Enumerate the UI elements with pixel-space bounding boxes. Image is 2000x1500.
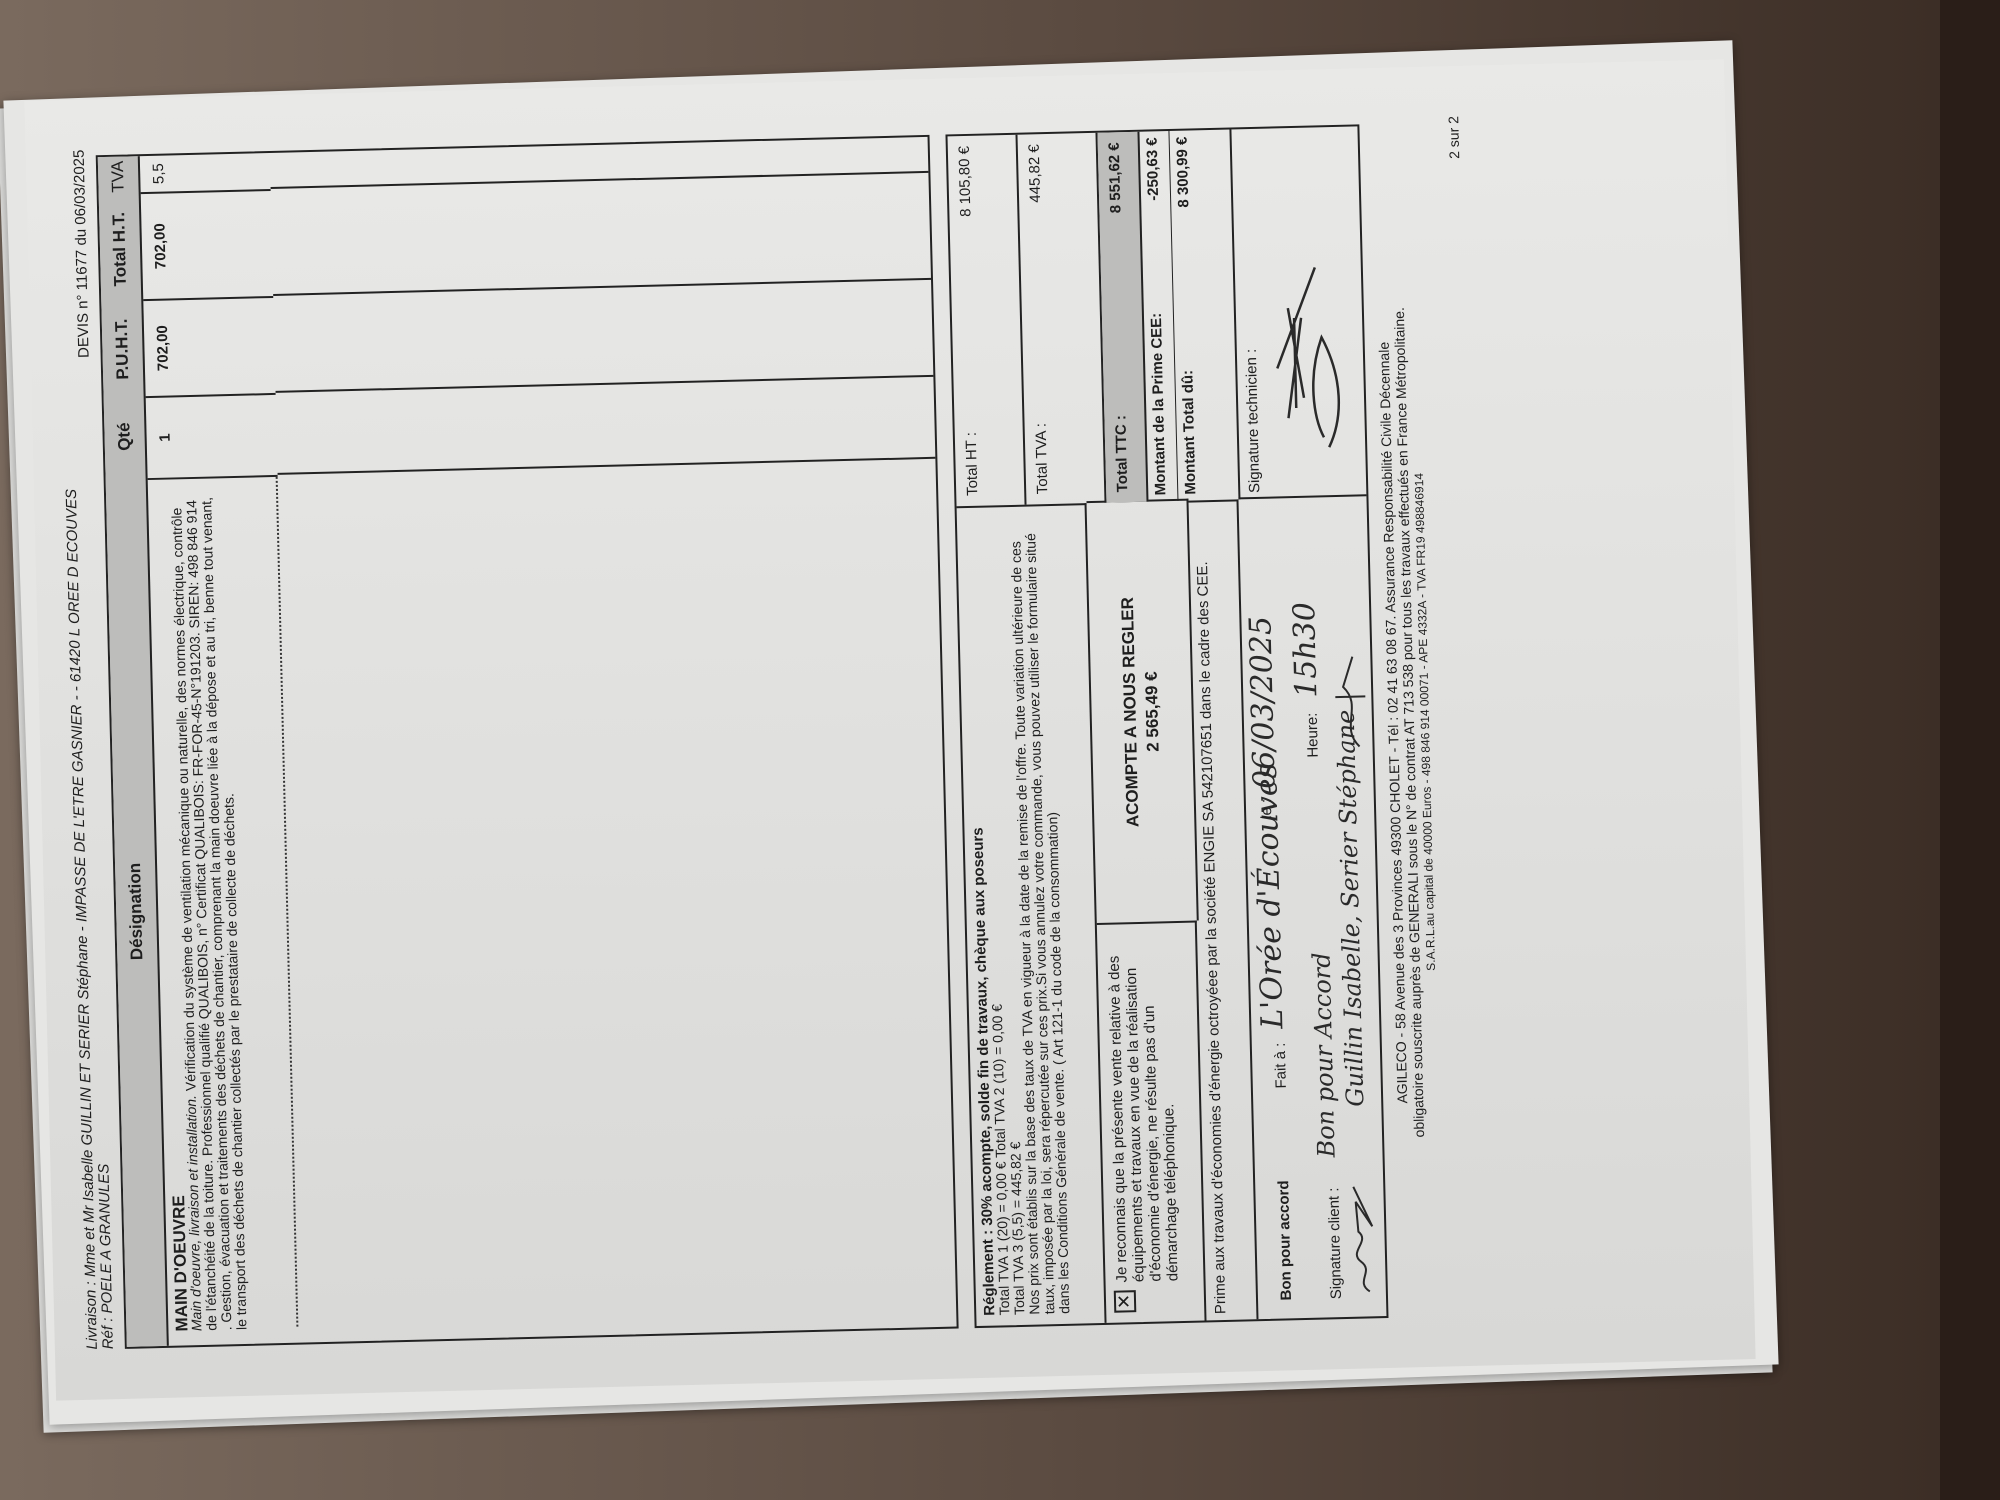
- column-rules: [270, 137, 957, 1343]
- total-ht-label: Total HT :: [963, 431, 1017, 496]
- total-due-value: 8 300,99 €: [1174, 136, 1198, 207]
- fait-a-label: Fait à :: [1272, 1042, 1290, 1088]
- client-agreement: Bon pour accord Fait à : L'Orée d'Écouve…: [1238, 494, 1386, 1319]
- total-due-label: Montant Total dû:: [1179, 370, 1204, 495]
- total-tva-label: Total TVA :: [1033, 422, 1097, 495]
- devis-label: DEVIS n° 11677 du 06/03/2025: [72, 149, 93, 358]
- technician-signature-scribble: [1265, 257, 1350, 459]
- client-signature-label: Signature client :: [1325, 1187, 1345, 1299]
- quote-page: Livraison : Mme et Mr Isabelle GUILLIN E…: [24, 59, 1755, 1400]
- summary-block: Réglement : 30% acompte, solde fin de tr…: [945, 124, 1388, 1328]
- client-handwritten-approval: Bon pour Accord: [1308, 952, 1341, 1158]
- col-unit-price: P.U.H.T.: [101, 301, 143, 397]
- total-tva-row: Total TVA : 445,82 €: [1017, 133, 1106, 505]
- date-handwritten: 06/03/2025: [1243, 616, 1282, 790]
- client-signature-scribble: [1347, 1176, 1380, 1297]
- item-tva: 5,5: [140, 153, 271, 192]
- total-ht-value: 8 105,80 €: [956, 145, 1010, 217]
- page-number: 2 sur 2: [1445, 116, 1462, 159]
- item-total-ht: 702,00: [141, 189, 274, 299]
- item-qty: 1: [146, 393, 278, 478]
- deposit-value: 2 565,49 €: [1141, 671, 1165, 752]
- col-qty: Qté: [104, 396, 146, 477]
- technician-signature-label: Signature technicien :: [1243, 349, 1264, 494]
- total-ttc-value: 8 551,62 €: [1106, 142, 1132, 213]
- quote-sheet: Livraison : Mme et Mr Isabelle GUILLIN E…: [24, 59, 1755, 1400]
- deposit-label: ACOMPTE A NOUS REGLER: [1117, 597, 1145, 828]
- client-signature-scribble-2: [1332, 636, 1370, 757]
- payment-terms: Réglement : 30% acompte, solde fin de tr…: [957, 503, 1107, 1326]
- item-designation: MAIN D'OEUVRE Main d'oeuvre, livraison e…: [148, 475, 299, 1346]
- total-ht-row: Total HT : 8 105,80 €: [948, 135, 1027, 507]
- deposit-box: ACOMPTE A NOUS REGLER 2 565,49 €: [1086, 499, 1198, 923]
- cee-value: -250,63 €: [1144, 137, 1167, 201]
- acknowledgement: ✕ Je reconnais que la présente vente rel…: [1097, 921, 1207, 1323]
- time-label: Heure:: [1304, 712, 1322, 757]
- time-handwritten: 15h30: [1287, 602, 1324, 698]
- items-table: Désignation Qté P.U.H.T. Total H.T. TVA …: [96, 135, 959, 1349]
- col-total-ht: Total H.T.: [99, 196, 142, 302]
- table-surface: [1940, 0, 2000, 1500]
- devis-number: DEVIS n° 11677 du 06/03/2025: [56, 150, 77, 359]
- date-label: le :: [1258, 799, 1275, 819]
- totals-panel: Total HT : 8 105,80 € Total TVA : 445,82…: [948, 130, 1209, 506]
- item-unit-price: 702,00: [143, 296, 275, 396]
- technician-signature: Signature technicien :: [1229, 126, 1366, 499]
- col-tva: TVA: [98, 156, 139, 197]
- bon-pour-accord-label: Bon pour accord: [1275, 1180, 1295, 1300]
- acknowledge-checkbox[interactable]: ✕: [1114, 1290, 1137, 1313]
- total-tva-value: 445,82 €: [1026, 143, 1089, 203]
- cee-label: Montant de la Prime CEE:: [1148, 313, 1173, 496]
- total-ttc-label: Total TTC :: [1112, 415, 1138, 493]
- acknowledge-text: Je reconnais que la présente vente relat…: [1106, 956, 1182, 1283]
